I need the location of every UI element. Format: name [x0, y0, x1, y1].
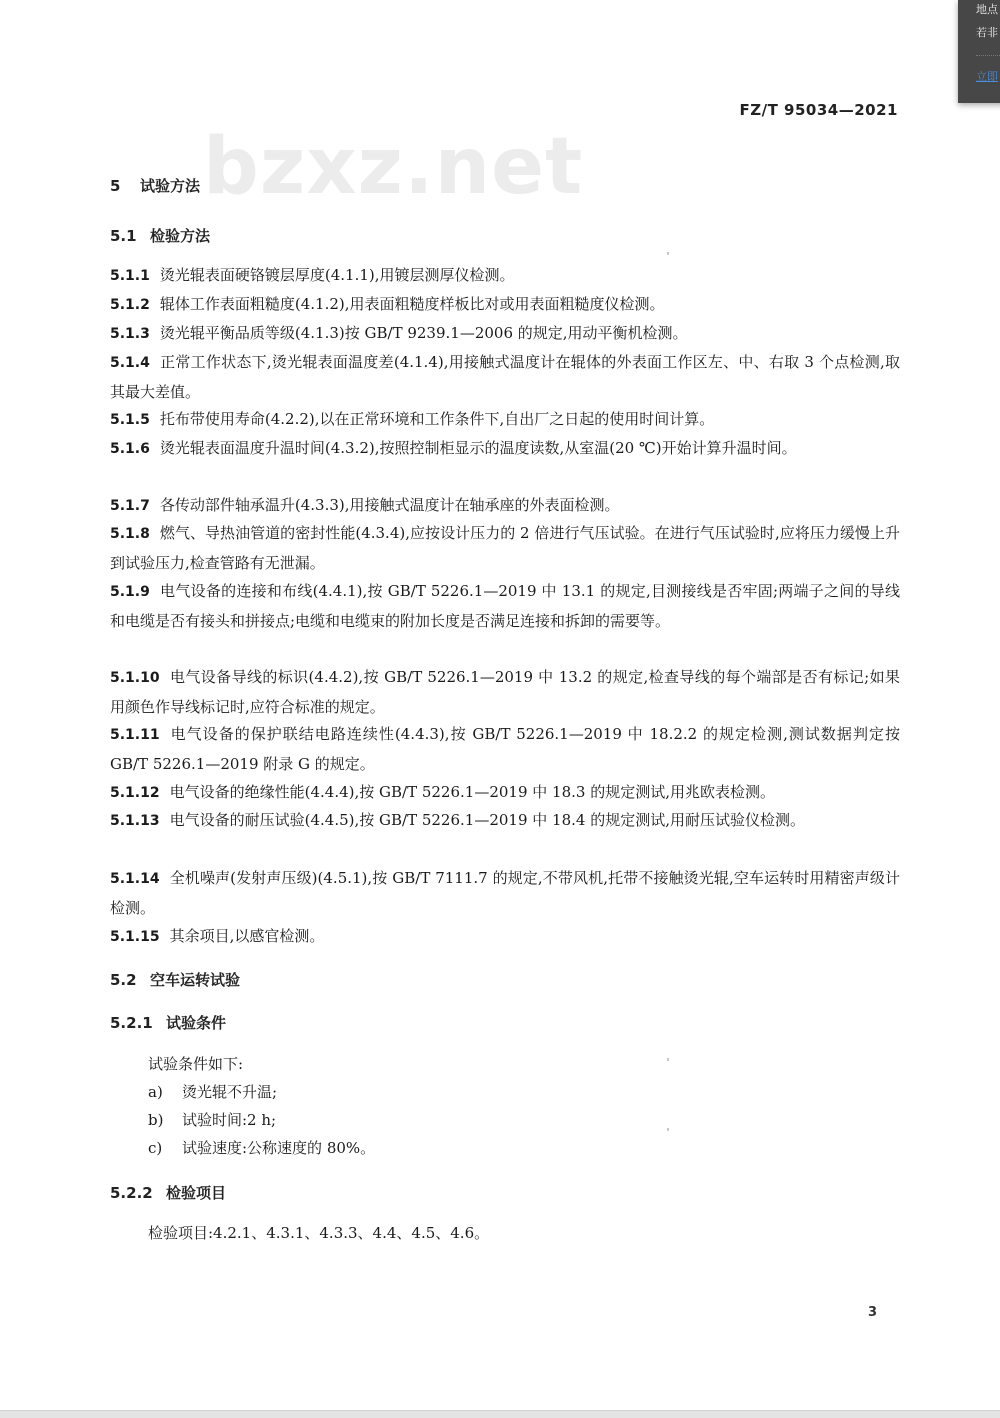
- clause-text: 正常工作状态下,烫光辊表面温度差(4.1.4),用接触式温度计在辊体的外表面工作…: [110, 353, 900, 401]
- clause-5-1-7: 5.1.7各传动部件轴承温升(4.3.3),用接触式温度计在轴承座的外表面检测。: [110, 491, 900, 521]
- notification-popup[interactable]: 地点 若非 立即: [958, 0, 1000, 103]
- clause-text: 电气设备的连接和布线(4.4.1),按 GB/T 5226.1—2019 中 1…: [110, 582, 900, 630]
- scan-artifact: [667, 252, 669, 255]
- section-title: 试验条件: [166, 1012, 226, 1033]
- clause-text: 电气设备导线的标识(4.4.2),按 GB/T 5226.1—2019 中 13…: [110, 668, 900, 716]
- clause-number: 5.1.7: [110, 492, 150, 521]
- clause-number: 5.1.5: [110, 406, 150, 435]
- clause-text: 烫光辊表面硬铬镀层厚度(4.1.1),用镀层测厚仪检测。: [160, 266, 515, 284]
- page-bottom-edge: [0, 1410, 1000, 1418]
- list-text: 烫光辊不升温;: [182, 1083, 277, 1101]
- clause-5-1-6: 5.1.6烫光辊表面温度升温时间(4.3.2),按照控制柜显示的温度读数,从室温…: [110, 434, 900, 464]
- clause-text: 全机噪声(发射声压级)(4.5.1),按 GB/T 7111.7 的规定,不带风…: [110, 869, 900, 917]
- condition-item-c: c)试验速度:公称速度的 80%。: [148, 1137, 375, 1158]
- list-marker: b): [148, 1111, 182, 1129]
- standard-code-header: FZ/T 95034—2021: [740, 101, 899, 119]
- popup-line: 若非: [976, 24, 998, 40]
- clause-number: 5.1.2: [110, 291, 150, 320]
- clause-number: 5.1.6: [110, 435, 150, 464]
- section-heading-5-2: 5.2空车运转试验: [110, 969, 240, 990]
- clause-5-1-5: 5.1.5托布带使用寿命(4.2.2),以在正常环境和工作条件下,自出厂之日起的…: [110, 405, 900, 435]
- clause-text: 其余项目,以感官检测。: [170, 927, 325, 945]
- section-heading-5: 5试验方法: [110, 175, 200, 196]
- clause-text: 燃气、导热油管道的密封性能(4.3.4),应按设计压力的 2 倍进行气压试验。在…: [110, 524, 900, 572]
- clause-text: 托布带使用寿命(4.2.2),以在正常环境和工作条件下,自出厂之日起的使用时间计…: [160, 410, 714, 428]
- section-heading-5-2-1: 5.2.1试验条件: [110, 1012, 226, 1033]
- list-marker: a): [148, 1083, 182, 1101]
- clause-5-1-2: 5.1.2辊体工作表面粗糙度(4.1.2),用表面粗糙度样板比对或用表面粗糙度仪…: [110, 290, 900, 320]
- list-text: 试验时间:2 h;: [182, 1111, 276, 1129]
- section-title: 试验方法: [140, 175, 200, 196]
- clause-5-1-10: 5.1.10电气设备导线的标识(4.4.2),按 GB/T 5226.1—201…: [110, 663, 900, 721]
- popup-link[interactable]: 立即: [976, 68, 998, 84]
- clause-text: 各传动部件轴承温升(4.3.3),用接触式温度计在轴承座的外表面检测。: [160, 496, 620, 514]
- clause-5-1-11: 5.1.11电气设备的保护联结电路连续性(4.4.3),按 GB/T 5226.…: [110, 720, 900, 778]
- section-title: 空车运转试验: [150, 969, 240, 990]
- clause-5-1-14: 5.1.14全机噪声(发射声压级)(4.5.1),按 GB/T 7111.7 的…: [110, 864, 900, 922]
- section-number: 5.2.1: [110, 1014, 166, 1032]
- clause-5-1-8: 5.1.8燃气、导热油管道的密封性能(4.3.4),应按设计压力的 2 倍进行气…: [110, 519, 900, 577]
- condition-item-a: a)烫光辊不升温;: [148, 1081, 277, 1102]
- clause-number: 5.1.10: [110, 664, 160, 693]
- clause-5-1-9: 5.1.9电气设备的连接和布线(4.4.1),按 GB/T 5226.1—201…: [110, 577, 900, 635]
- section-heading-5-2-2: 5.2.2检验项目: [110, 1182, 226, 1203]
- section-number: 5: [110, 177, 140, 195]
- list-marker: c): [148, 1139, 182, 1157]
- clause-5-1-12: 5.1.12电气设备的绝缘性能(4.4.4),按 GB/T 5226.1—201…: [110, 778, 900, 808]
- clause-number: 5.1.14: [110, 865, 160, 894]
- inspection-items-text: 检验项目:4.2.1、4.3.1、4.3.3、4.4、4.5、4.6。: [148, 1222, 489, 1243]
- clause-text: 电气设备的保护联结电路连续性(4.4.3),按 GB/T 5226.1—2019…: [110, 725, 900, 773]
- page-number: 3: [868, 1305, 877, 1320]
- clause-5-1-13: 5.1.13电气设备的耐压试验(4.4.5),按 GB/T 5226.1—201…: [110, 806, 900, 836]
- clause-number: 5.1.12: [110, 779, 160, 808]
- clause-text: 电气设备的绝缘性能(4.4.4),按 GB/T 5226.1—2019 中 18…: [170, 783, 775, 801]
- clause-number: 5.1.3: [110, 320, 150, 349]
- watermark: bzxz.net: [203, 128, 583, 206]
- clause-number: 5.1.1: [110, 262, 150, 291]
- test-conditions-intro: 试验条件如下:: [148, 1053, 243, 1074]
- section-number: 5.2: [110, 971, 150, 989]
- popup-line: 地点: [976, 1, 998, 17]
- section-title: 检验项目: [166, 1182, 226, 1203]
- clause-text: 烫光辊表面温度升温时间(4.3.2),按照控制柜显示的温度读数,从室温(20 ℃…: [160, 439, 797, 457]
- condition-item-b: b)试验时间:2 h;: [148, 1109, 276, 1130]
- scan-artifact: [667, 1058, 669, 1061]
- scan-artifact: [667, 1128, 669, 1131]
- clause-5-1-15: 5.1.15其余项目,以感官检测。: [110, 922, 900, 952]
- clause-text: 辊体工作表面粗糙度(4.1.2),用表面粗糙度样板比对或用表面粗糙度仪检测。: [160, 295, 665, 313]
- section-number: 5.2.2: [110, 1184, 166, 1202]
- section-heading-5-1: 5.1检验方法: [110, 225, 210, 246]
- clause-5-1-4: 5.1.4正常工作状态下,烫光辊表面温度差(4.1.4),用接触式温度计在辊体的…: [110, 348, 900, 406]
- list-text: 试验速度:公称速度的 80%。: [182, 1139, 375, 1157]
- clause-number: 5.1.4: [110, 349, 150, 378]
- clause-number: 5.1.9: [110, 578, 150, 607]
- clause-text: 电气设备的耐压试验(4.4.5),按 GB/T 5226.1—2019 中 18…: [170, 811, 805, 829]
- section-title: 检验方法: [150, 225, 210, 246]
- clause-text: 烫光辊平衡品质等级(4.1.3)按 GB/T 9239.1—2006 的规定,用…: [160, 324, 688, 342]
- clause-number: 5.1.15: [110, 923, 160, 952]
- popup-divider: [976, 55, 1000, 56]
- section-number: 5.1: [110, 227, 150, 245]
- document-page: bzxz.net FZ/T 95034—2021 5试验方法 5.1检验方法 5…: [0, 0, 1000, 1408]
- clause-5-1-1: 5.1.1烫光辊表面硬铬镀层厚度(4.1.1),用镀层测厚仪检测。: [110, 261, 900, 291]
- clause-number: 5.1.13: [110, 807, 160, 836]
- clause-5-1-3: 5.1.3烫光辊平衡品质等级(4.1.3)按 GB/T 9239.1—2006 …: [110, 319, 900, 349]
- clause-number: 5.1.8: [110, 520, 150, 549]
- clause-number: 5.1.11: [110, 721, 160, 750]
